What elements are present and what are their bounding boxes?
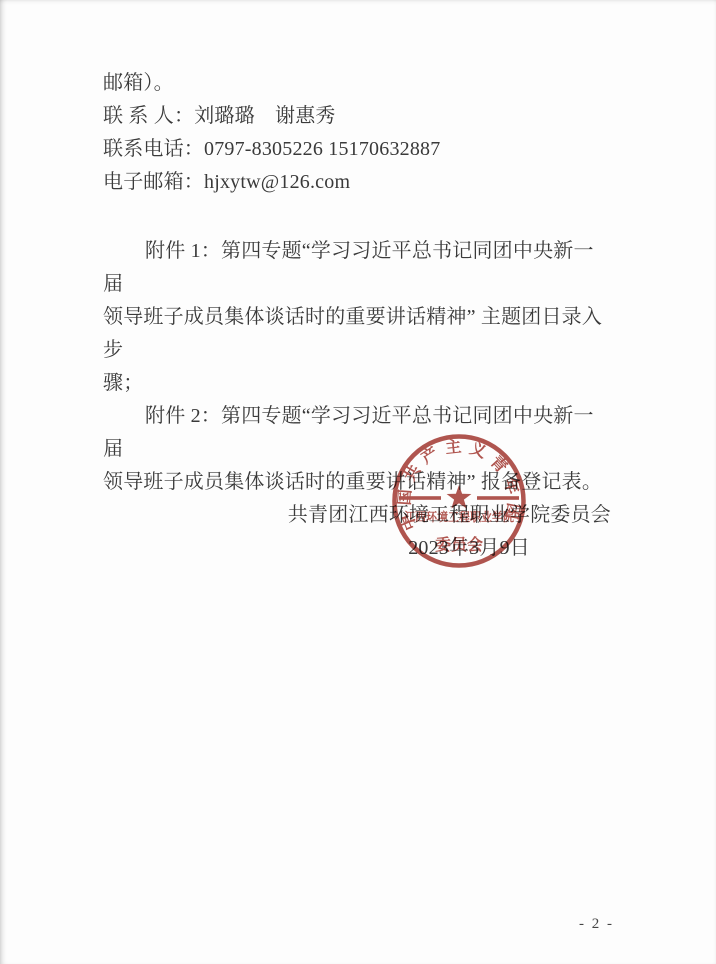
stamp-bar-right-icon	[477, 496, 519, 500]
attachment-2: 附件 2：第四专题“学习习近平总书记同团中央新一届 领导班子成员集体谈话时的重要…	[103, 400, 613, 499]
attachment-line: 附件 1：第四专题“学习习近平总书记同团中央新一届	[103, 235, 613, 301]
attachment-1: 附件 1：第四专题“学习习近平总书记同团中央新一届 领导班子成员集体谈话时的重要…	[103, 235, 613, 400]
official-seal-stamp: 中国共产主义青年团 江西环境工程职业学院 委员会	[389, 431, 529, 571]
contact-email-line: 电子邮箱：hjxytw@126.com	[103, 166, 613, 199]
attachment-line: 骤；	[103, 367, 613, 400]
stamp-bar-left-icon	[399, 496, 441, 500]
stamp-org-line: 江西环境工程职业学院	[404, 509, 515, 524]
signature-date: 2023年3月9日	[103, 532, 613, 565]
attachment-line: 附件 2：第四专题“学习习近平总书记同团中央新一届	[103, 400, 613, 466]
attachment-line: 领导班子成员集体谈话时的重要讲话精神” 主题团日录入步	[103, 301, 613, 367]
stamp-star-icon	[447, 485, 472, 509]
contact-person-line: 联 系 人：刘璐璐 谢惠秀	[103, 100, 613, 133]
sentence-continuation: 邮箱）。	[103, 67, 613, 100]
signature-organization: 共青团江西环境工程职业学院委员会	[103, 499, 613, 532]
page-number: - 2 -	[579, 916, 614, 933]
document-body: 邮箱）。 联 系 人：刘璐璐 谢惠秀 联系电话：0797-8305226 151…	[103, 67, 613, 565]
attachment-line: 领导班子成员集体谈话时的重要讲话精神” 报备登记表。	[103, 466, 613, 499]
document-page: 邮箱）。 联 系 人：刘璐璐 谢惠秀 联系电话：0797-8305226 151…	[0, 0, 716, 964]
stamp-committee-line: 委员会	[435, 535, 483, 554]
contact-phone-line: 联系电话：0797-8305226 15170632887	[103, 133, 613, 166]
